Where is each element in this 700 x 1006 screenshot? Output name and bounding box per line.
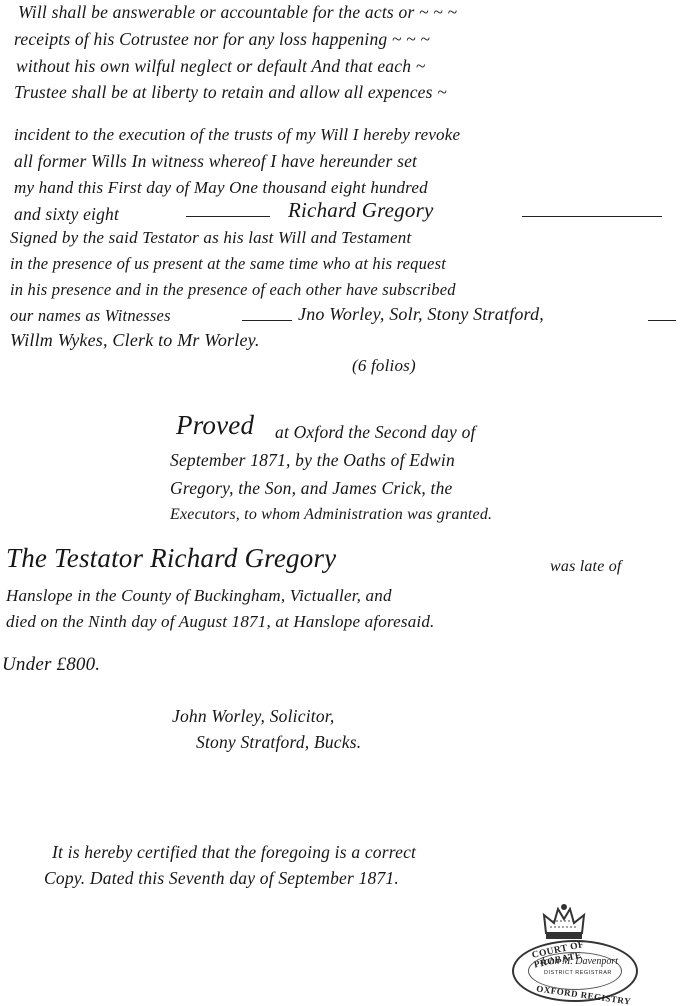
testator-signature: Richard Gregory xyxy=(288,198,434,223)
proved-heading: Proved xyxy=(176,410,254,441)
witness-2: Willm Wykes, Clerk to Mr Worley. xyxy=(10,330,260,351)
court-of-probate-seal: COURT OF PROBATE John M. Davenport DISTR… xyxy=(512,940,638,1002)
folio-note: (6 folios) xyxy=(352,356,416,376)
solicitor-address: Stony Stratford, Bucks. xyxy=(196,732,361,753)
will-line-4: Trustee shall be at liberty to retain an… xyxy=(14,82,447,103)
will-line-3: without his own wilful neglect or defaul… xyxy=(16,56,425,77)
signature-rule-left xyxy=(186,216,270,217)
will-line-6: all former Wills In witness whereof I ha… xyxy=(14,151,417,172)
certification-line-1: It is hereby certified that the foregoin… xyxy=(52,842,416,863)
seal-middle-text: DISTRICT REGISTRAR xyxy=(544,970,612,976)
seal-signature: John M. Davenport xyxy=(540,956,618,967)
attestation-line-1: Signed by the said Testator as his last … xyxy=(10,228,411,248)
probate-line-2: September 1871, by the Oaths of Edwin xyxy=(170,450,455,471)
testator-line-2: Hanslope in the County of Buckingham, Vi… xyxy=(6,586,392,606)
will-line-7: my hand this First day of May One thousa… xyxy=(14,178,428,198)
attestation-line-2: in the presence of us present at the sam… xyxy=(10,254,446,274)
attestation-line-4: our names as Witnesses xyxy=(10,306,171,326)
testator-heading: The Testator Richard Gregory xyxy=(6,543,336,574)
witness-1: Jno Worley, Solr, Stony Stratford, xyxy=(298,304,544,325)
will-line-5: incident to the execution of the trusts … xyxy=(14,125,460,145)
crown-icon xyxy=(540,903,588,943)
probate-line-3: Gregory, the Son, and James Crick, the xyxy=(170,478,453,499)
estate-value: Under £800. xyxy=(2,654,100,676)
will-line-2: receipts of his Cotrustee nor for any lo… xyxy=(14,29,430,50)
certification-line-2: Copy. Dated this Seventh day of Septembe… xyxy=(44,868,399,889)
signature-rule-right xyxy=(522,216,662,217)
will-line-1: Will shall be answerable or accountable … xyxy=(18,2,457,23)
testator-line-3: died on the Ninth day of August 1871, at… xyxy=(6,612,434,632)
probate-line-1: at Oxford the Second day of xyxy=(275,422,476,443)
testator-line-1: was late of xyxy=(550,558,622,576)
probate-line-4: Executors, to whom Administration was gr… xyxy=(170,506,492,524)
witness-rule-end xyxy=(648,320,676,321)
witness-rule xyxy=(242,320,292,321)
solicitor-name: John Worley, Solicitor, xyxy=(172,706,334,727)
will-line-8: and sixty eight xyxy=(14,204,119,225)
attestation-line-3: in his presence and in the presence of e… xyxy=(10,280,456,300)
